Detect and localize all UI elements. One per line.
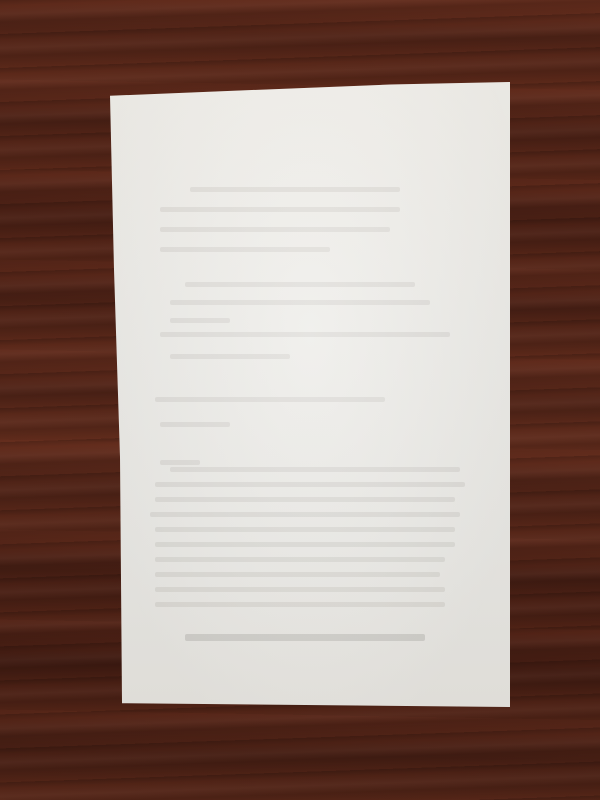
bleed-through-text	[150, 512, 460, 517]
bleed-through-text	[155, 527, 455, 532]
bleed-through-text	[170, 318, 230, 323]
bleed-through-text	[170, 300, 430, 305]
bleed-through-text	[160, 460, 200, 465]
bleed-through-text	[160, 422, 230, 427]
bleed-through-text	[155, 542, 455, 547]
paper-sheet	[110, 82, 510, 707]
bleed-through-text	[170, 467, 460, 472]
bleed-through-text	[155, 587, 445, 592]
bleed-through-text	[185, 282, 415, 287]
bleed-through-text	[155, 557, 445, 562]
bleed-through-text	[155, 397, 385, 402]
bleed-through-text	[160, 332, 450, 337]
bleed-through-text	[160, 207, 400, 212]
bleed-through-text	[160, 227, 390, 232]
bleed-through-text	[155, 497, 455, 502]
bleed-through-text	[155, 572, 440, 577]
bleed-through-heading	[185, 634, 425, 641]
bleed-through-text	[170, 354, 290, 359]
bleed-through-text	[190, 187, 400, 192]
bleed-through-text	[160, 247, 330, 252]
bleed-through-text	[155, 602, 445, 607]
bleed-through-text	[155, 482, 465, 487]
